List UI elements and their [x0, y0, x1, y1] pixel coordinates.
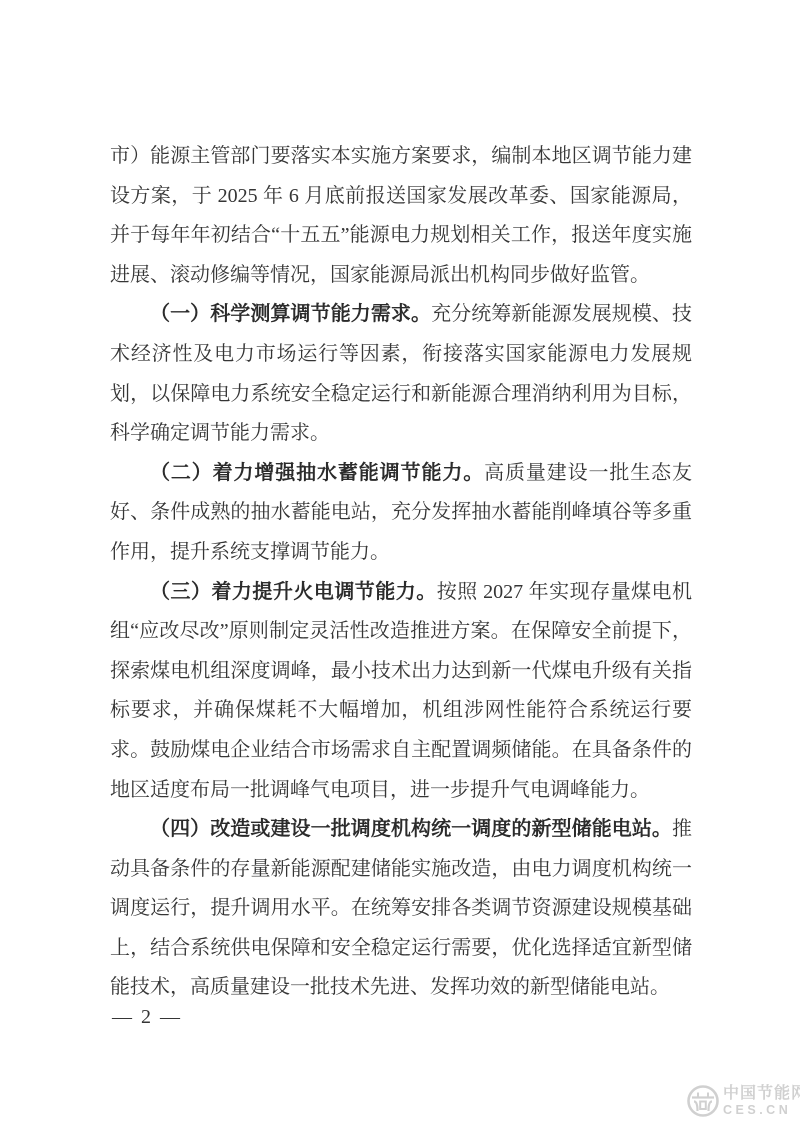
document-page: 市）能源主管部门要落实本实施方案要求，编制本地区调节能力建设方案，于 2025 …	[0, 0, 800, 1131]
page-number: — 2 —	[112, 1004, 182, 1030]
paragraph: （一）科学测算调节能力需求。充分统筹新能源发展规模、技术经济性及电力市场运行等因…	[110, 295, 692, 453]
paragraph-heading-run: （四）改造或建设一批调度机构统一调度的新型储能电站。	[150, 818, 672, 840]
paragraph-text-run: 推动具备条件的存量新能源配建储能实施改造，由电力调度机构统一调度运行，提升调用水…	[110, 818, 692, 998]
paragraph-heading-run: （一）科学测算调节能力需求。	[150, 303, 431, 325]
watermark-site-domain: CES.CN	[723, 1103, 800, 1117]
ces-logo-icon	[686, 1084, 720, 1118]
watermark-site-name: 中国节能网	[723, 1085, 800, 1102]
paragraph-text-run: 市）能源主管部门要落实本实施方案要求，编制本地区调节能力建设方案，于 2025 …	[110, 145, 692, 286]
paragraph: （三）着力提升火电调节能力。按照 2027 年实现存量煤电机组“应改尽改”原则制…	[110, 573, 692, 811]
paragraph-heading-run: （三）着力提升火电调节能力。	[150, 581, 437, 603]
paragraph: 市）能源主管部门要落实本实施方案要求，编制本地区调节能力建设方案，于 2025 …	[110, 137, 692, 295]
paragraph-text-run: 按照 2027 年实现存量煤电机组“应改尽改”原则制定灵活性改造推进方案。在保障…	[110, 581, 692, 801]
watermark-text: 中国节能网 CES.CN	[723, 1085, 800, 1117]
paragraph: （二）着力增强抽水蓄能调节能力。高质量建设一批生态友好、条件成熟的抽水蓄能电站，…	[110, 454, 692, 573]
paragraph-heading-run: （二）着力增强抽水蓄能调节能力。	[150, 462, 484, 484]
watermark: 中国节能网 CES.CN	[686, 1084, 800, 1118]
document-body: 市）能源主管部门要落实本实施方案要求，编制本地区调节能力建设方案，于 2025 …	[110, 137, 692, 1008]
paragraph: （四）改造或建设一批调度机构统一调度的新型储能电站。推动具备条件的存量新能源配建…	[110, 810, 692, 1008]
